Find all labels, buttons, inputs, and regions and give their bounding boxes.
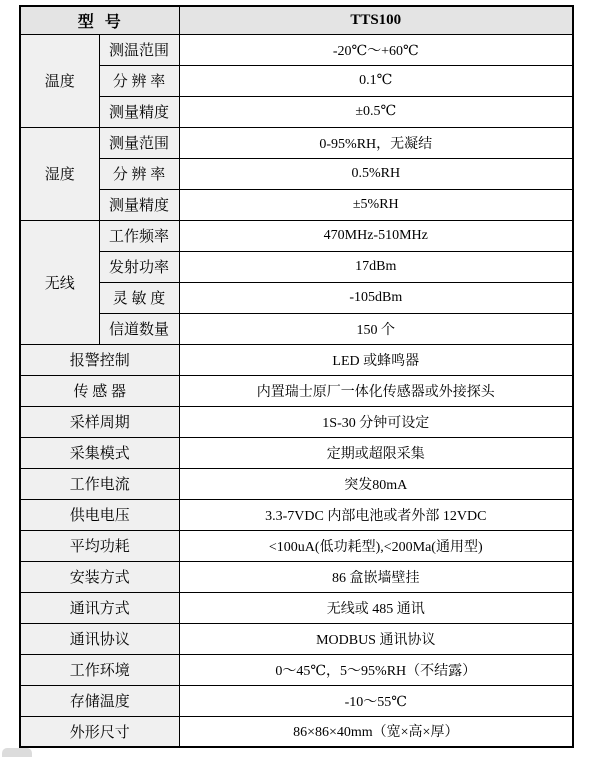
table-row: 存储温度 -10～55℃ [20, 685, 573, 716]
table-row: 采集模式 定期或超限采集 [20, 437, 573, 468]
spec-label: 通讯方式 [20, 592, 179, 623]
spec-label: 测量范围 [99, 127, 179, 158]
spec-label: 工作频率 [99, 220, 179, 251]
table-row: 发射功率 17dBm [20, 251, 573, 282]
spec-label: 通讯协议 [20, 623, 179, 654]
spec-value: 0～45℃，5～95%RH（不结露） [179, 654, 573, 685]
group-label-temperature: 温度 [20, 34, 99, 127]
spec-value: 3.3-7VDC 内部电池或者外部 12VDC [179, 499, 573, 530]
table-row: 供电电压 3.3-7VDC 内部电池或者外部 12VDC [20, 499, 573, 530]
table-row: 工作电流 突发80mA [20, 468, 573, 499]
spec-label: 平均功耗 [20, 530, 179, 561]
watermark-artifact [2, 748, 32, 757]
table-row: 无线 工作频率 470MHz-510MHz [20, 220, 573, 251]
spec-label: 外形尺寸 [20, 716, 179, 747]
spec-value: LED 或蜂鸣器 [179, 344, 573, 375]
spec-label: 灵 敏 度 [99, 282, 179, 313]
model-header-label: 型 号 [20, 6, 179, 34]
spec-value: <100uA(低功耗型),<200Ma(通用型) [179, 530, 573, 561]
spec-value: 86 盒嵌墙壁挂 [179, 561, 573, 592]
spec-value: 17dBm [179, 251, 573, 282]
spec-value: 0.5%RH [179, 158, 573, 189]
table-row: 测量精度 ±5%RH [20, 189, 573, 220]
spec-label: 工作环境 [20, 654, 179, 685]
spec-value: 470MHz-510MHz [179, 220, 573, 251]
spec-label: 采集模式 [20, 437, 179, 468]
table-row: 测量精度 ±0.5℃ [20, 96, 573, 127]
model-header-value: TTS100 [179, 6, 573, 34]
spec-label: 测量精度 [99, 96, 179, 127]
table-row: 通讯方式 无线或 485 通讯 [20, 592, 573, 623]
table-row: 安装方式 86 盒嵌墙壁挂 [20, 561, 573, 592]
spec-table: 型 号 TTS100 温度 测温范围 -20℃～+60℃ 分 辨 率 0.1℃ … [19, 5, 574, 748]
spec-label: 分 辨 率 [99, 158, 179, 189]
spec-label: 工作电流 [20, 468, 179, 499]
spec-value: 150 个 [179, 313, 573, 344]
table-row: 传 感 器 内置瑞士原厂一体化传感器或外接探头 [20, 375, 573, 406]
spec-label: 供电电压 [20, 499, 179, 530]
spec-value: 无线或 485 通讯 [179, 592, 573, 623]
spec-value: -20℃～+60℃ [179, 34, 573, 65]
spec-value: MODBUS 通讯协议 [179, 623, 573, 654]
spec-value: 定期或超限采集 [179, 437, 573, 468]
table-row: 通讯协议 MODBUS 通讯协议 [20, 623, 573, 654]
spec-value: 86×86×40mm（宽×高×厚） [179, 716, 573, 747]
spec-value: -10～55℃ [179, 685, 573, 716]
table-row: 分 辨 率 0.1℃ [20, 65, 573, 96]
table-row: 湿度 测量范围 0-95%RH，无凝结 [20, 127, 573, 158]
spec-label: 信道数量 [99, 313, 179, 344]
table-row: 分 辨 率 0.5%RH [20, 158, 573, 189]
spec-value: ±5%RH [179, 189, 573, 220]
table-row: 温度 测温范围 -20℃～+60℃ [20, 34, 573, 65]
table-row: 灵 敏 度 -105dBm [20, 282, 573, 313]
spec-label: 存储温度 [20, 685, 179, 716]
table-row: 信道数量 150 个 [20, 313, 573, 344]
spec-value: 突发80mA [179, 468, 573, 499]
spec-label: 发射功率 [99, 251, 179, 282]
spec-label: 安装方式 [20, 561, 179, 592]
spec-label: 报警控制 [20, 344, 179, 375]
spec-sheet-page: 型 号 TTS100 温度 测温范围 -20℃～+60℃ 分 辨 率 0.1℃ … [0, 0, 590, 757]
table-row: 报警控制 LED 或蜂鸣器 [20, 344, 573, 375]
table-row: 平均功耗 <100uA(低功耗型),<200Ma(通用型) [20, 530, 573, 561]
table-row: 外形尺寸 86×86×40mm（宽×高×厚） [20, 716, 573, 747]
spec-value: -105dBm [179, 282, 573, 313]
group-label-humidity: 湿度 [20, 127, 99, 220]
table-row: 采样周期 1S-30 分钟可设定 [20, 406, 573, 437]
spec-value: 0.1℃ [179, 65, 573, 96]
spec-label: 分 辨 率 [99, 65, 179, 96]
spec-value: 0-95%RH，无凝结 [179, 127, 573, 158]
spec-label: 采样周期 [20, 406, 179, 437]
spec-value: 内置瑞士原厂一体化传感器或外接探头 [179, 375, 573, 406]
spec-label: 传 感 器 [20, 375, 179, 406]
spec-label: 测量精度 [99, 189, 179, 220]
table-row: 工作环境 0～45℃，5～95%RH（不结露） [20, 654, 573, 685]
spec-value: 1S-30 分钟可设定 [179, 406, 573, 437]
spec-label: 测温范围 [99, 34, 179, 65]
group-label-wireless: 无线 [20, 220, 99, 344]
spec-value: ±0.5℃ [179, 96, 573, 127]
table-row: 型 号 TTS100 [20, 6, 573, 34]
